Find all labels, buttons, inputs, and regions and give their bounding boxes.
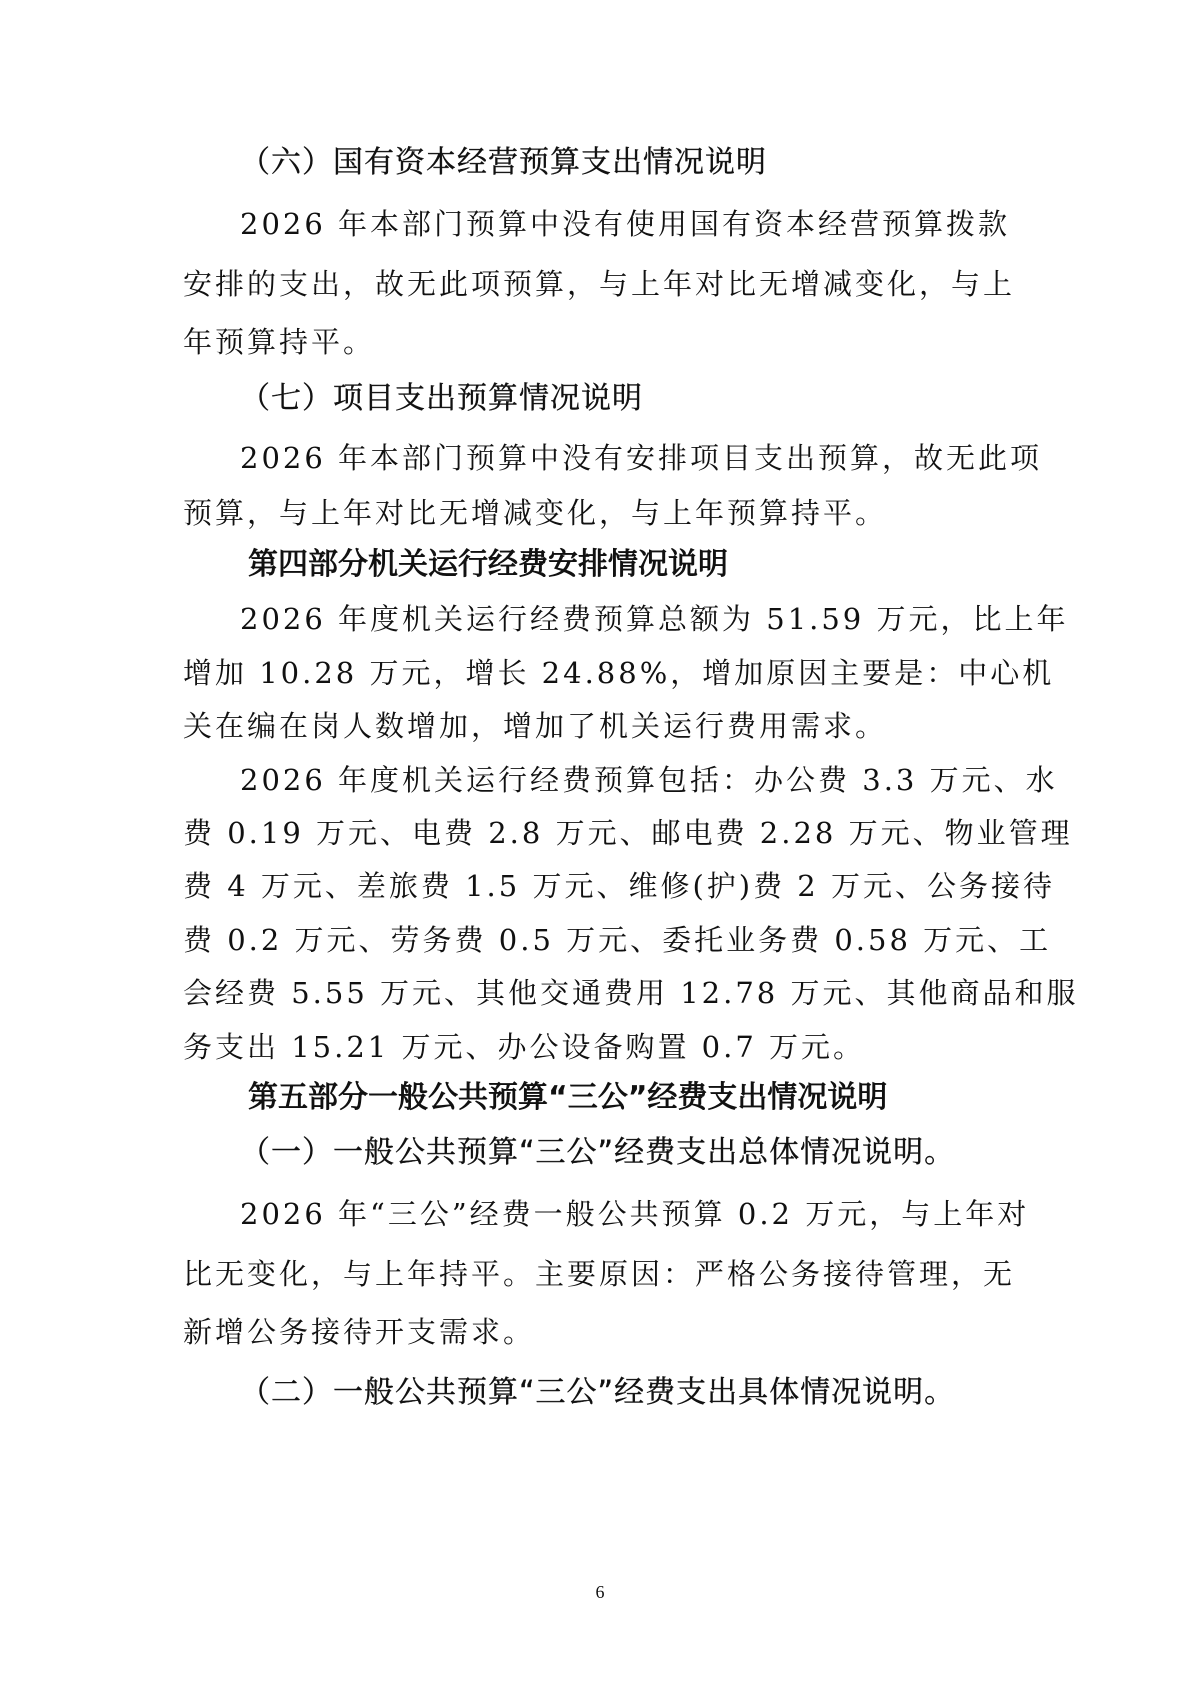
paragraph-line: 费 4 万元、差旅费 1.5 万元、维修(护)费 2 万元、公务接待	[183, 866, 1023, 906]
paragraph-line: 新增公务接待开支需求。	[183, 1312, 1023, 1352]
paragraph-line: 费 0.2 万元、劳务费 0.5 万元、委托业务费 0.58 万元、工	[183, 920, 1023, 960]
paragraph-line: 关在编在岗人数增加，增加了机关运行费用需求。	[183, 706, 1023, 746]
paragraph-line: 增加 10.28 万元，增长 24.88%，增加原因主要是：中心机	[183, 653, 1023, 693]
part-heading-4: 第四部分机关运行经费安排情况说明	[248, 545, 1088, 585]
paragraph-line: 年预算持平。	[183, 322, 1023, 362]
paragraph-line: 安排的支出，故无此项预算，与上年对比无增减变化，与上	[183, 264, 1023, 304]
page-number: 6	[0, 1582, 1200, 1603]
paragraph-line: 2026 年本部门预算中没有使用国有资本经营预算拨款	[240, 204, 1020, 244]
paragraph-line: 费 0.19 万元、电费 2.8 万元、邮电费 2.28 万元、物业管理	[183, 813, 1023, 853]
paragraph-line: 2026 年本部门预算中没有安排项目支出预算，故无此项	[240, 438, 1020, 478]
paragraph-line: 会经费 5.55 万元、其他交通费用 12.78 万元、其他商品和服	[183, 973, 1023, 1013]
section-heading-7: （七）项目支出预算情况说明	[240, 379, 1080, 419]
paragraph-line: 务支出 15.21 万元、办公设备购置 0.7 万元。	[183, 1027, 1023, 1067]
paragraph-line: 2026 年度机关运行经费预算包括：办公费 3.3 万元、水	[240, 760, 1020, 800]
paragraph-line: 2026 年度机关运行经费预算总额为 51.59 万元，比上年	[240, 599, 1020, 639]
document-page: （六）国有资本经营预算支出情况说明 2026 年本部门预算中没有使用国有资本经营…	[0, 0, 1200, 1697]
subsection-heading-2: （二）一般公共预算“三公”经费支出具体情况说明。	[240, 1373, 1080, 1413]
subsection-heading-1: （一）一般公共预算“三公”经费支出总体情况说明。	[240, 1133, 1080, 1173]
part-heading-5: 第五部分一般公共预算“三公”经费支出情况说明	[248, 1078, 1088, 1118]
section-heading-6: （六）国有资本经营预算支出情况说明	[240, 143, 1080, 183]
paragraph-line: 2026 年“三公”经费一般公共预算 0.2 万元，与上年对	[240, 1194, 1020, 1234]
paragraph-line: 预算，与上年对比无增减变化，与上年预算持平。	[183, 493, 1023, 533]
paragraph-line: 比无变化，与上年持平。主要原因：严格公务接待管理，无	[183, 1254, 1023, 1294]
